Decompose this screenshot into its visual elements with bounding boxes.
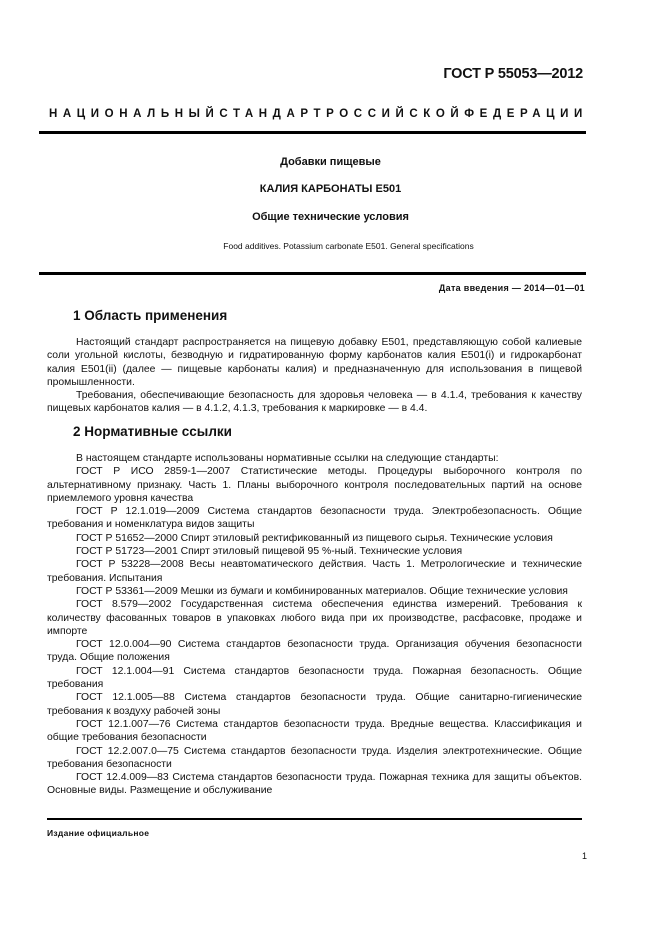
paragraph: Настоящий стандарт распространяется на п… [47, 336, 582, 389]
middle-rule [39, 272, 586, 275]
national-standard-banner: НАЦИОНАЛЬНЫЙ СТАНДАРТ РОССИЙСКОЙ ФЕДЕРАЦ… [49, 108, 586, 120]
reference-item: ГОСТ Р 53228—2008 Весы неавтоматического… [47, 558, 582, 585]
section-heading-scope: 1 Область применения [73, 308, 227, 323]
document-code: ГОСТ Р 55053—2012 [443, 66, 583, 82]
introduction-date: Дата введения — 2014—01—01 [439, 283, 585, 293]
paragraph: В настоящем стандарте использованы норма… [47, 452, 582, 465]
section-heading-references: 2 Нормативные ссылки [73, 424, 232, 439]
reference-item: ГОСТ Р 51723—2001 Спирт этиловый пищевой… [47, 545, 582, 558]
title-subtitle: Общие технические условия [0, 211, 661, 223]
paragraph: Требования, обеспечивающие безопасность … [47, 389, 582, 416]
section-body-scope: Настоящий стандарт распространяется на п… [47, 336, 582, 416]
bottom-rule [47, 818, 582, 820]
banner-word: РОССИЙСКОЙ [326, 108, 464, 120]
reference-item: ГОСТ Р 51652—2000 Спирт этиловый ректифи… [47, 532, 582, 545]
banner-word: ФЕДЕРАЦИИ [464, 108, 588, 120]
reference-item: ГОСТ 12.4.009—83 Система стандартов безо… [47, 771, 582, 798]
title-english: Food additives. Potassium carbonate E501… [18, 241, 661, 251]
top-rule [39, 131, 586, 134]
reference-item: ГОСТ 12.2.007.0—75 Система стандартов бе… [47, 745, 582, 772]
reference-item: ГОСТ Р 12.1.019—2009 Система стандартов … [47, 505, 582, 532]
reference-item: ГОСТ 12.1.004—91 Система стандартов безо… [47, 665, 582, 692]
reference-item: ГОСТ 12.1.005—88 Система стандартов безо… [47, 691, 582, 718]
section-body-references: В настоящем стандарте использованы норма… [47, 452, 582, 798]
title-main: КАЛИЯ КАРБОНАТЫ Е501 [0, 183, 661, 195]
reference-item: ГОСТ 12.1.007—76 Система стандартов безо… [47, 718, 582, 745]
title-category: Добавки пищевые [0, 156, 661, 168]
reference-item: ГОСТ Р ИСО 2859-1—2007 Статистические ме… [47, 465, 582, 505]
banner-word: НАЦИОНАЛЬНЫЙ [49, 108, 219, 120]
reference-item: ГОСТ 12.0.004—90 Система стандартов безо… [47, 638, 582, 665]
reference-item: ГОСТ 8.579—2002 Государственная система … [47, 598, 582, 638]
banner-word: СТАНДАРТ [219, 108, 326, 120]
page-number: 1 [582, 851, 587, 861]
official-edition-label: Издание официальное [47, 828, 149, 838]
reference-item: ГОСТ Р 53361—2009 Мешки из бумаги и комб… [47, 585, 582, 598]
